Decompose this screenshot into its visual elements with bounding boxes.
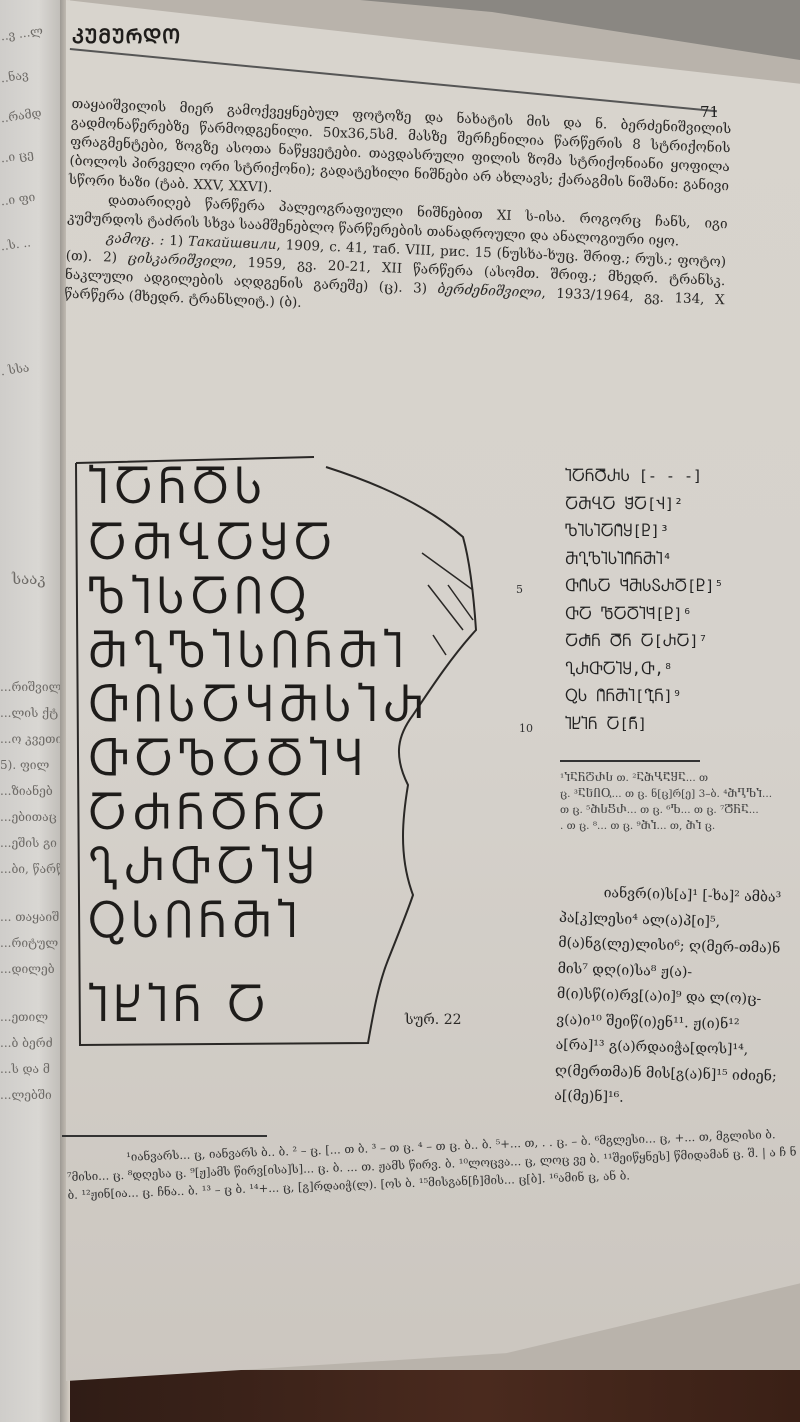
transcription-line: ႪႨႱႨႠႶ̄Ⴘ[Ⴒ]³ (565, 518, 723, 546)
left-page-fragment: ...ნავ (0, 68, 29, 86)
inscription-drawing: ႨႠႬႣႱ ႠႫႡႠႸႠ ႪႨႱႠႶႳ ႫႢႪႨႱႶႬႫႨ ႧႶႱႠႷႫႱႨႰ … (68, 455, 478, 1055)
ref-2-num: 2) (103, 249, 117, 266)
ref-1-author: Такайшвили (188, 234, 277, 253)
reading-paragraph: იანვრ(ი)ს[ა]¹ [-ხა]² ამბა³ პა[კ]ლესი⁴ ალ… (554, 880, 792, 1115)
left-page-fragment: ...რიტულ (0, 936, 58, 950)
left-page-fragment: ...ებითაც (0, 810, 57, 824)
left-page-fragment: ...ი ცე (0, 147, 34, 166)
footnote-rule (62, 1135, 267, 1137)
left-page-fragment: ...ლებში (0, 1088, 52, 1102)
left-page-fragment: .. სსა (0, 360, 30, 378)
mkhedruli-reading: იანვრ(ი)ს[ა]¹ [-ხა]² ამბა³ პა[კ]ლესი⁴ ალ… (554, 880, 792, 1115)
running-head: ᲙᲣᲛᲣᲠᲓᲝ (72, 22, 181, 49)
left-page-edge: ...ვ ...ლ ...ნავ ...რამდ ...ი ცე ...ი ფი… (0, 0, 64, 1422)
transcription-notes: ¹ႨႠႬႣႰႱ თ. ²ႠႫႡႠ̄ႸႠ... თ ც. ³ႠႱ̄ႶႳ... თ … (560, 770, 790, 834)
left-page-fragment: ...ლის ქტ (0, 706, 58, 720)
publications-label: გამოც. : (106, 230, 164, 248)
left-page-fragment: ...ო კვეთილ (0, 732, 64, 746)
left-page-fragment: ...ეთილ (0, 1010, 48, 1024)
inscription-row: ႢႰႧႠႨႸ (88, 843, 320, 895)
line-number: 10 (519, 722, 533, 735)
inscription-row: ႭႱႶႬႫႨ (88, 897, 303, 949)
left-page-fragment: ...ბ ბერძ (0, 1036, 53, 1050)
transcription-line: ႨႾႨႬ Ⴀ[̄Ⴌ] (565, 711, 723, 739)
figure-caption: სურ. 22 (405, 1012, 462, 1028)
left-page-fragment: ...ი ფი (0, 190, 36, 209)
left-page-fragment: ...რიშვილ (0, 680, 61, 694)
inscription-row: ႠႻႬႣႬႠ (88, 789, 331, 841)
wooden-table-background (0, 1370, 800, 1422)
transcription-line: ႨႠႬႣ̄ႰႱ [- - -] (565, 463, 723, 491)
inscription-row: ႨႾႨႬ Ⴀ (88, 981, 271, 1033)
inscription-row: ႪႨႱႠႶႳ (88, 573, 312, 625)
line-number: 5 (516, 583, 523, 596)
left-page-fragment: ...ზიანებ (0, 784, 53, 798)
inscription-transcription: ႨႠႬႣ̄ႰႱ [- - -] ႠႫႡႠ Ⴘ̄Ⴀ[Ⴣ]² ႪႨႱႨႠႶ̄Ⴘ[Ⴒ]… (565, 463, 723, 738)
left-page-fragment: ... თაყაიშ (0, 910, 59, 924)
transcription-line: ႭႱ Ⴖ̄ႬႫႨ[Ⴂ̄Ⴌ]⁹ (565, 683, 723, 711)
left-page-fragment: ...ს. .. (0, 235, 32, 254)
inscription-row: ႧႶႱႠႷႫႱႨႰ (88, 681, 429, 733)
left-page-fragment: ...ბი, წარწ (0, 862, 63, 876)
transcription-line: ႠႫႡႠ Ⴘ̄Ⴀ[Ⴣ]² (565, 491, 723, 519)
body-text: თაყაიშვილის მიერ გამოქვეყნებულ ფოტოზე და… (64, 95, 732, 329)
left-page-fragment: ...ვ ...ლ (0, 24, 44, 44)
inscription-row: ႫႢႪႨႱႶႬႫႨ (88, 627, 409, 679)
inscription-row: ႨႠႬႣႱ (88, 463, 268, 515)
ref-2-author: ცისკარიშვილი (128, 250, 233, 270)
transcription-line: ႠႻ̄Ⴌ Ⴃ̄Ⴌ Ⴀ[ႰႠ]⁷ (565, 628, 723, 656)
inscription-row: ႠႫႡႠႸႠ (88, 519, 338, 571)
left-page-heading-fragment: სააკ (12, 570, 46, 588)
left-page-fragment: ...დილებ (0, 962, 55, 976)
transcription-notes-rule (560, 760, 700, 762)
transcription-line: ႫႢႪႨႱႨႶ̄ႬႫႨ⁴ (565, 546, 723, 574)
left-page-fragment: 5). ფილ (0, 758, 49, 772)
left-page-fragment: ...ეშის გი (0, 836, 57, 850)
left-page-fragment: ...რამდ (0, 106, 42, 126)
ref-3-num: 3) (413, 280, 427, 297)
transcription-line: ႧႶ̄ႱႠ Ⴗ̄ႫႱႽႰႣ[Ⴒ]⁵ (565, 573, 723, 601)
inscription-row: ႧႠႪႠႣႨႷ (88, 735, 368, 787)
ref-3-author: ბერძენიშვილი (437, 281, 542, 301)
ref-1-num: 1) (169, 233, 183, 250)
left-page-fragment: ...ს და მ (0, 1062, 50, 1076)
transcription-line: ႧႠ Ⴊ̄ႠႣႨႷ̄[Ⴒ]⁶ (565, 601, 723, 629)
transcription-line: ႢႰႧႠႨႸ,Ⴇ,⁸ (565, 656, 723, 684)
